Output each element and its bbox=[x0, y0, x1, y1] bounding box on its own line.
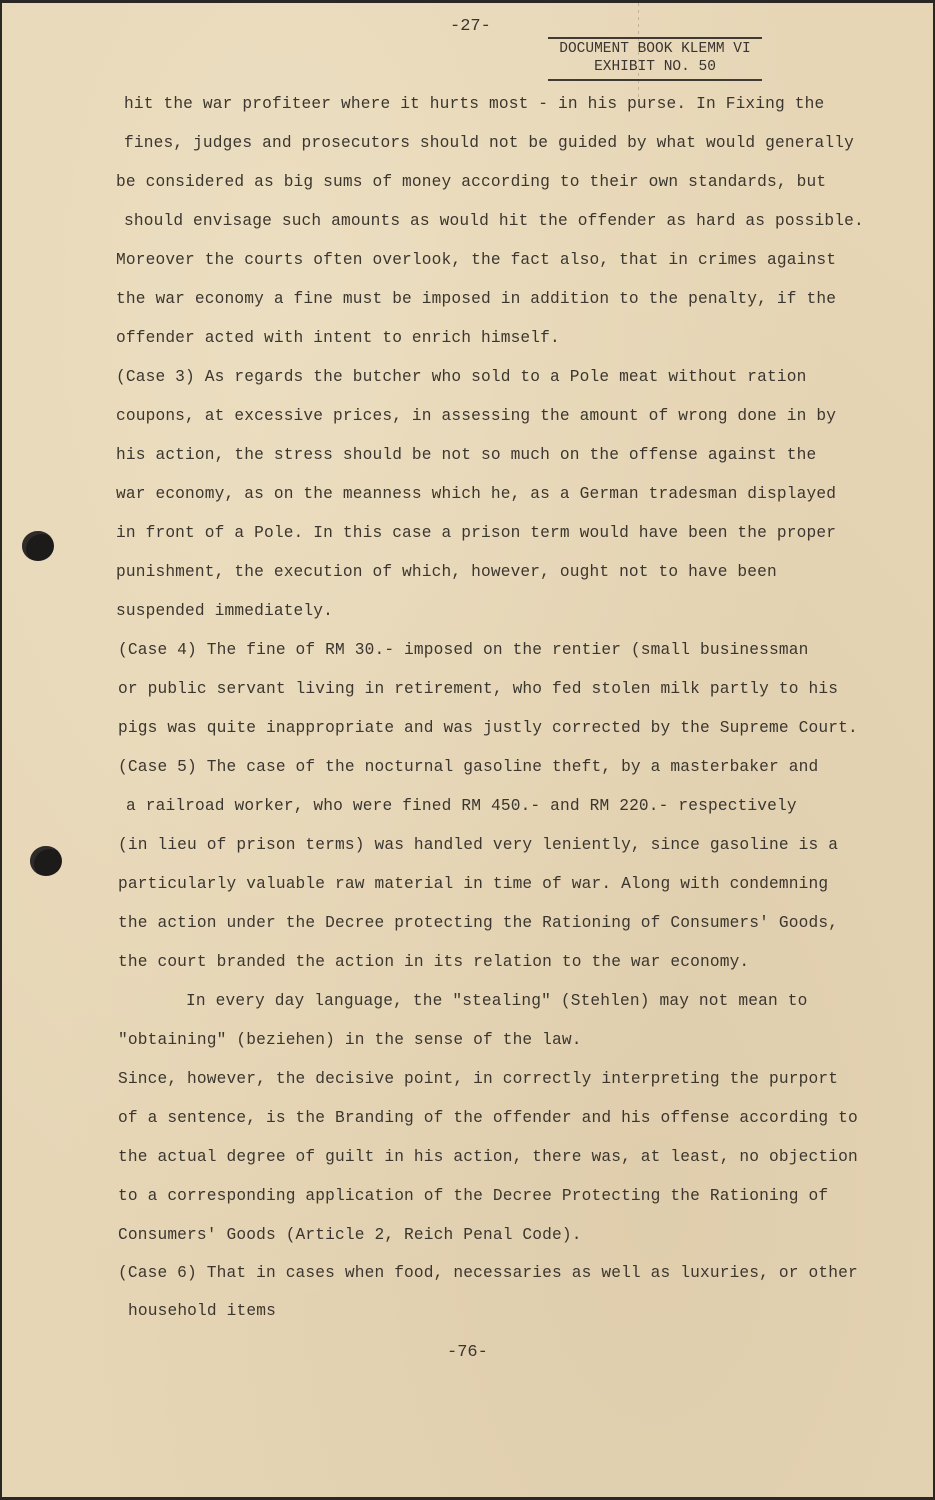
text-line: fines, judges and prosecutors should not… bbox=[124, 134, 854, 152]
punch-hole-icon bbox=[30, 846, 62, 876]
text-line: the war economy a fine must be imposed i… bbox=[116, 290, 836, 308]
text-line: pigs was quite inappropriate and was jus… bbox=[118, 719, 858, 737]
text-line: hit the war profiteer where it hurts mos… bbox=[124, 95, 824, 113]
text-line: the court branded the action in its rela… bbox=[118, 953, 749, 971]
text-line: suspended immediately. bbox=[116, 602, 333, 620]
text-line: war economy, as on the meanness which he… bbox=[116, 485, 836, 503]
text-line: Since, however, the decisive point, in c… bbox=[118, 1070, 838, 1088]
text-line: his action, the stress should be not so … bbox=[116, 446, 816, 464]
text-line: to a corresponding application of the De… bbox=[118, 1187, 828, 1205]
text-line: (Case 5) The case of the nocturnal gasol… bbox=[118, 758, 818, 776]
punch-hole-icon bbox=[22, 531, 54, 561]
text-line: or public servant living in retirement, … bbox=[118, 680, 838, 698]
page-number-top: -27- bbox=[450, 17, 491, 36]
text-line: (in lieu of prison terms) was handled ve… bbox=[118, 836, 838, 854]
text-line: Consumers' Goods (Article 2, Reich Penal… bbox=[118, 1226, 582, 1244]
text-line: offender acted with intent to enrich him… bbox=[116, 329, 560, 347]
text-line: Moreover the courts often overlook, the … bbox=[116, 251, 836, 269]
text-line: particularly valuable raw material in ti… bbox=[118, 875, 828, 893]
text-line: be considered as big sums of money accor… bbox=[116, 173, 826, 191]
page-number-bottom: -76- bbox=[447, 1343, 488, 1362]
exhibit-number-label: EXHIBIT NO. 50 bbox=[548, 58, 762, 76]
text-line: the action under the Decree protecting t… bbox=[118, 914, 838, 932]
text-line: a railroad worker, who were fined RM 450… bbox=[126, 797, 797, 815]
text-line: should envisage such amounts as would hi… bbox=[124, 212, 864, 230]
text-line: (Case 4) The fine of RM 30.- imposed on … bbox=[118, 641, 809, 659]
document-page: -27- DOCUMENT BOOK KLEMM VI EXHIBIT NO. … bbox=[2, 3, 933, 1497]
text-line: household items bbox=[128, 1302, 276, 1320]
text-line: (Case 6) That in cases when food, necess… bbox=[118, 1264, 858, 1282]
text-line: "obtaining" (beziehen) in the sense of t… bbox=[118, 1031, 582, 1049]
exhibit-book-label: DOCUMENT BOOK KLEMM VI bbox=[548, 40, 762, 58]
exhibit-header: DOCUMENT BOOK KLEMM VI EXHIBIT NO. 50 bbox=[548, 37, 762, 81]
text-line: (Case 3) As regards the butcher who sold… bbox=[116, 368, 807, 386]
text-line: the actual degree of guilt in his action… bbox=[118, 1148, 858, 1166]
text-line: In every day language, the "stealing" (S… bbox=[186, 992, 807, 1010]
text-line: of a sentence, is the Branding of the of… bbox=[118, 1109, 858, 1127]
text-line: in front of a Pole. In this case a priso… bbox=[116, 524, 836, 542]
text-line: coupons, at excessive prices, in assessi… bbox=[116, 407, 836, 425]
text-line: punishment, the execution of which, howe… bbox=[116, 563, 777, 581]
